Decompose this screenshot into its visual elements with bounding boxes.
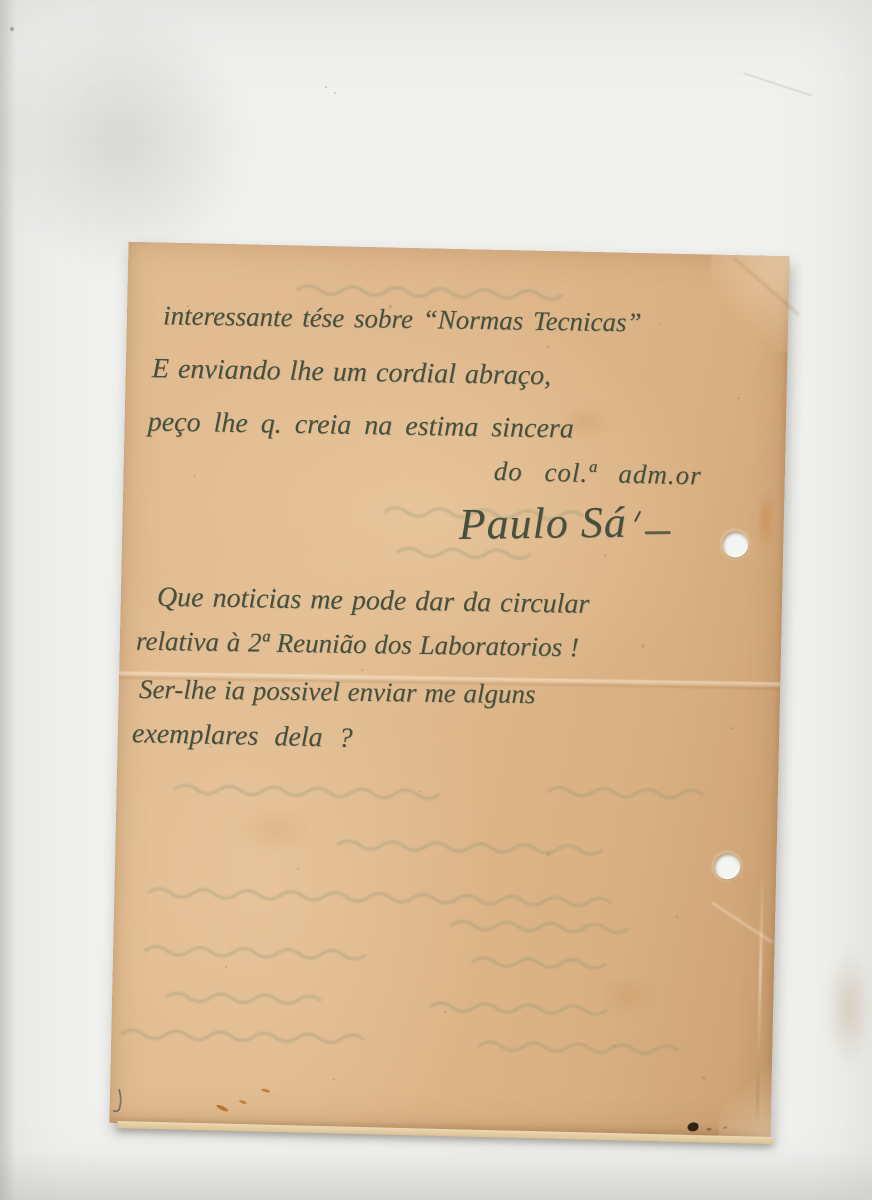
backdrop-edge-shading <box>0 0 16 1200</box>
signature-line: Paulo Sá <box>458 496 671 550</box>
postscript-line: exemplares dela ? <box>132 718 353 755</box>
postscript-line: relativa à 2ª Reunião dos Laboratorios ! <box>136 626 579 664</box>
signature-tick-flourish <box>634 511 641 523</box>
backdrop-specks <box>0 0 2 2</box>
backdrop-scratch <box>744 73 813 96</box>
backdrop-stain <box>818 928 872 1088</box>
signature-dash-flourish <box>645 531 671 534</box>
backdrop-bottom-shading <box>0 1150 872 1200</box>
letter-sheet: interessante tése sobre “Normas Tecnicas… <box>109 242 789 1137</box>
postscript-line: Ser-lhe ia possivel enviar me alguns <box>139 674 536 710</box>
signature-name: Paulo Sá <box>458 498 627 549</box>
pencil-mark <box>112 1088 127 1114</box>
scanned-letter-page: interessante tése sobre “Normas Tecnicas… <box>0 0 872 1200</box>
letter-closing-line: do col.ª adm.or <box>493 456 702 492</box>
